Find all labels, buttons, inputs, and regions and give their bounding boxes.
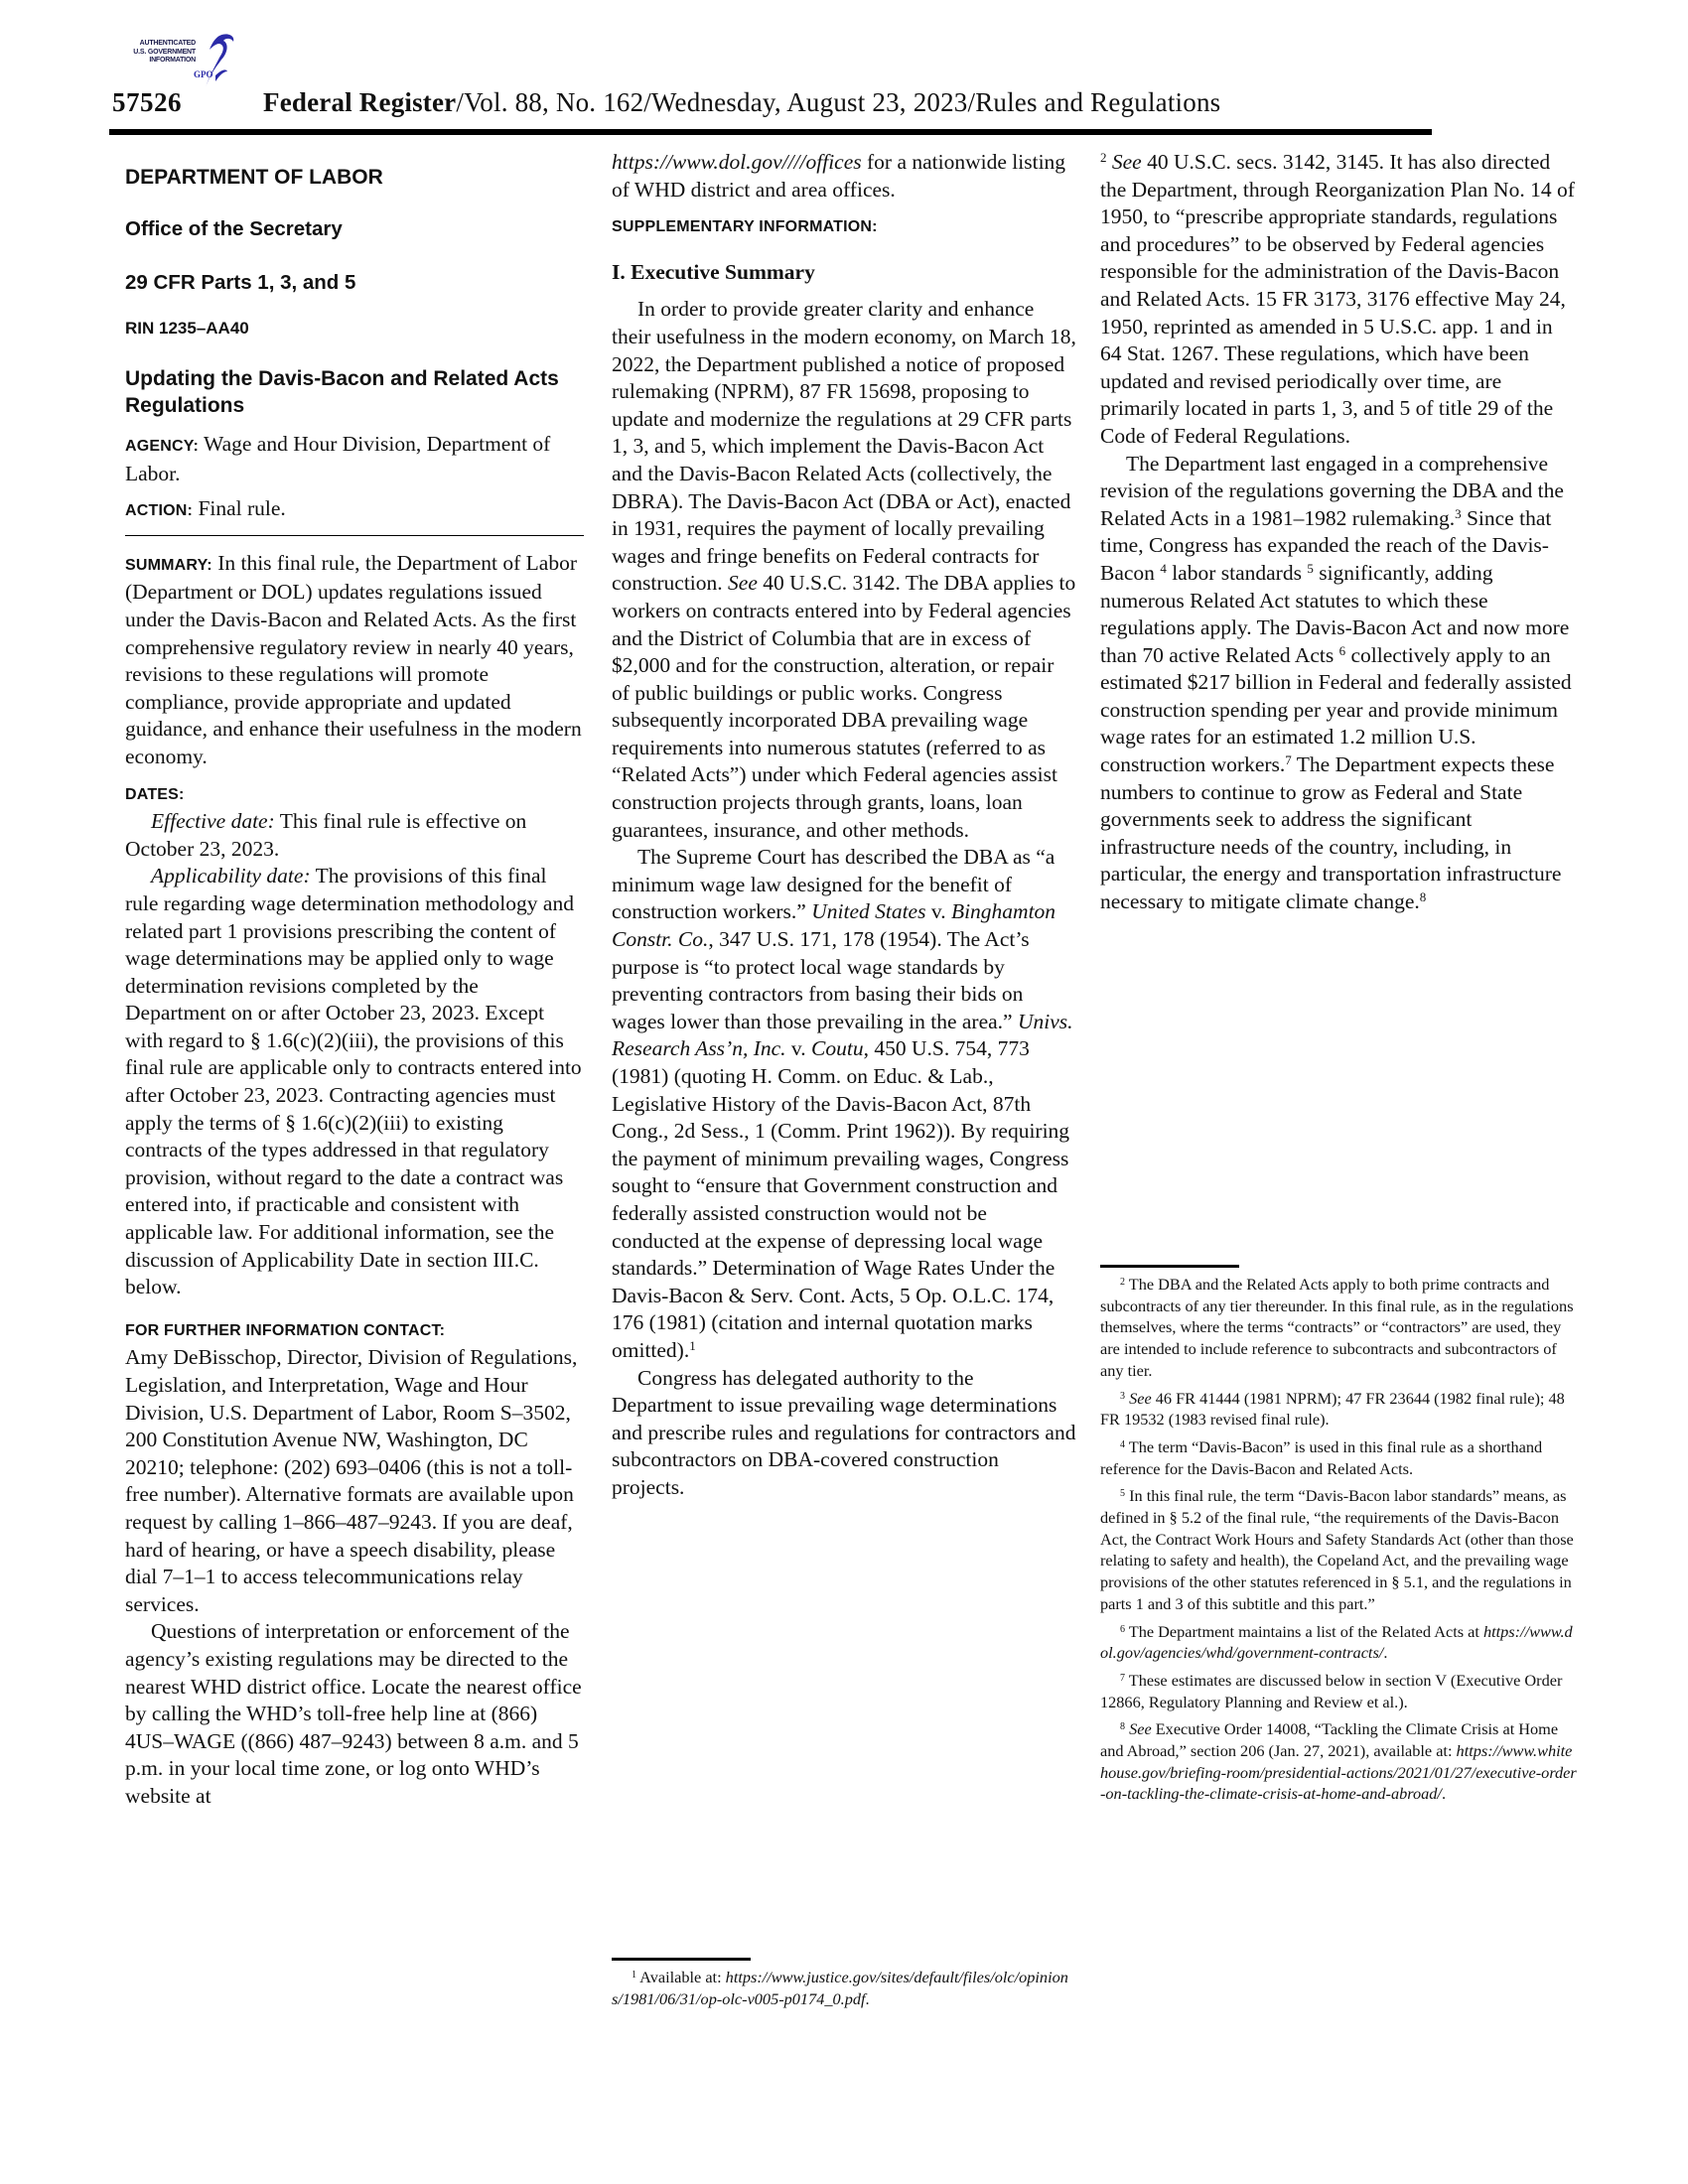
para1-see: See — [728, 571, 758, 595]
running-head: Federal Register/Vol. 88, No. 162/Wednes… — [263, 87, 1220, 118]
federal-register-page: AUTHENTICATED U.S. GOVERNMENT INFORMATIO… — [0, 0, 1688, 2184]
footnote-6-text: The Department maintains a list of the R… — [1129, 1622, 1483, 1641]
para3-see: See — [1112, 150, 1142, 174]
applicability-date-paragraph: Applicability date: The provisions of th… — [125, 863, 584, 1301]
footnote-8-see: See — [1129, 1719, 1152, 1738]
footnote-rule — [1100, 1265, 1239, 1268]
action-text: Final rule. — [198, 496, 285, 520]
footnote-8-number: 8 — [1120, 1721, 1125, 1732]
contact-paragraph: FOR FURTHER INFORMATION CONTACT:Amy DeBi… — [125, 1315, 584, 1619]
exec-summary-paragraph-3: Congress has delegated authority to the … — [612, 1365, 1076, 1502]
dates-label-line: DATES: — [125, 779, 584, 809]
logo-text: AUTHENTICATED U.S. GOVERNMENT INFORMATIO… — [116, 40, 196, 66]
para2-c: , 450 U.S. 754, 773 (1981) (quoting H. C… — [612, 1036, 1069, 1362]
footnote-1-tail: . — [866, 1989, 870, 2008]
gpo-authentication-logo: AUTHENTICATED U.S. GOVERNMENT INFORMATIO… — [116, 32, 235, 89]
footnote-6-tail: . — [1383, 1643, 1387, 1662]
rule-title: Updating the Davis-Bacon and Related Act… — [125, 365, 584, 419]
column-3-footnotes: 2 The DBA and the Related Acts apply to … — [1100, 1265, 1577, 1805]
summary-label: SUMMARY: — [125, 557, 212, 574]
footnote-7-number: 7 — [1120, 1673, 1125, 1684]
agency-label: AGENCY: — [125, 438, 199, 455]
column-2: https://www.dol.gov////offices for a nat… — [612, 149, 1076, 1502]
v-1: v. — [925, 899, 950, 923]
footnote-6-number: 6 — [1120, 1624, 1125, 1635]
eagle-icon — [198, 32, 237, 89]
footnote-1-number: 1 — [632, 1970, 636, 1980]
case-1a: United States — [811, 899, 925, 923]
para3-a: Congress has delegated authority to the … — [612, 1366, 1075, 1499]
section-divider — [125, 535, 584, 536]
logo-line-2: U.S. GOVERNMENT — [116, 49, 196, 58]
applicability-date-text: The provisions of this final rule regard… — [125, 864, 582, 1298]
column-3: 2 See 40 U.S.C. secs. 3142, 3145. It has… — [1100, 149, 1577, 916]
publication-name: Federal Register — [263, 87, 456, 117]
footnote-8: 8 See Executive Order 14008, “Tackling t… — [1100, 1718, 1577, 1805]
questions-paragraph: Questions of interpretation or enforceme… — [125, 1618, 584, 1810]
footnote-3-see: See — [1129, 1389, 1152, 1408]
footnote-1-text: Available at: — [639, 1968, 726, 1986]
footnote-2-text: The DBA and the Related Acts apply to bo… — [1100, 1275, 1574, 1380]
summary-text: In this final rule, the Department of La… — [125, 551, 582, 768]
action-label: ACTION: — [125, 502, 193, 519]
exec-summary-paragraph-3-cont: 2 See 40 U.S.C. secs. 3142, 3145. It has… — [1100, 149, 1577, 451]
para4-c: labor standards — [1167, 561, 1308, 585]
exec-summary-paragraph-4: The Department last engaged in a compreh… — [1100, 451, 1577, 916]
page-number: 57526 — [112, 87, 182, 118]
logo-line-1: AUTHENTICATED — [116, 40, 196, 49]
running-header: 57526 Federal Register/Vol. 88, No. 162/… — [112, 87, 1433, 127]
footnote-4-number: 4 — [1120, 1439, 1125, 1450]
footnote-ref-2[interactable]: 2 — [1100, 150, 1107, 165]
volume-info: /Vol. 88, No. 162/Wednesday, August 23, … — [456, 87, 1220, 117]
footnote-8-tail: . — [1442, 1784, 1446, 1803]
footnote-4: 4 The term “Davis-Bacon” is used in this… — [1100, 1436, 1577, 1479]
office-heading: Office of the Secretary — [125, 216, 584, 242]
footnote-3-number: 3 — [1120, 1391, 1125, 1402]
effective-date-label: Effective date: — [151, 809, 275, 833]
para1-text: In order to provide greater clarity and … — [612, 297, 1076, 595]
supplementary-label: SUPPLEMENTARY INFORMATION: — [612, 218, 878, 235]
footnote-6: 6 The Department maintains a list of the… — [1100, 1621, 1577, 1664]
header-rule — [109, 129, 1432, 135]
footnote-2-number: 2 — [1120, 1277, 1125, 1288]
para4-f: The Department expects these numbers to … — [1100, 752, 1561, 913]
action-paragraph: ACTION: Final rule. — [125, 495, 584, 525]
footnote-3-text: 46 FR 41444 (1981 NPRM); 47 FR 23644 (19… — [1100, 1389, 1565, 1430]
contact-label: FOR FURTHER INFORMATION CONTACT: — [125, 1322, 445, 1339]
column-1: DEPARTMENT OF LABOR Office of the Secret… — [125, 149, 584, 1811]
footnote-3: 3 See 46 FR 41444 (1981 NPRM); 47 FR 236… — [1100, 1388, 1577, 1431]
footnote-7-text: These estimates are discussed below in s… — [1100, 1671, 1562, 1711]
footnote-5: 5 In this final rule, the term “Davis-Ba… — [1100, 1485, 1577, 1614]
supplementary-label-line: SUPPLEMENTARY INFORMATION: — [612, 211, 1076, 241]
cfr-heading: 29 CFR Parts 1, 3, and 5 — [125, 270, 584, 296]
executive-summary-heading: I. Executive Summary — [612, 259, 1076, 287]
footnote-ref-1[interactable]: 1 — [689, 1338, 696, 1353]
summary-paragraph: SUMMARY: In this final rule, the Departm… — [125, 550, 584, 771]
agency-paragraph: AGENCY: Wage and Hour Division, Departme… — [125, 431, 584, 487]
footnote-5-text: In this final rule, the term “Davis-Baco… — [1100, 1486, 1574, 1613]
v-2: v. — [786, 1036, 811, 1060]
footnote-5-number: 5 — [1120, 1488, 1125, 1499]
questions-text: Questions of interpretation or enforceme… — [125, 1619, 582, 1808]
para1-tail: 40 U.S.C. 3142. The DBA applies to worke… — [612, 571, 1075, 841]
footnote-ref-8[interactable]: 8 — [1420, 889, 1427, 904]
exec-summary-paragraph-2: The Supreme Court has described the DBA … — [612, 844, 1076, 1364]
department-heading: DEPARTMENT OF LABOR — [125, 165, 584, 191]
footnote-2: 2 The DBA and the Related Acts apply to … — [1100, 1274, 1577, 1382]
applicability-date-label: Applicability date: — [151, 864, 311, 887]
dates-label: DATES: — [125, 786, 185, 803]
rin-heading: RIN 1235–AA40 — [125, 318, 584, 340]
questions-continued: https://www.dol.gov////offices for a nat… — [612, 149, 1076, 204]
column-2-footnotes: 1 Available at: https://www.justice.gov/… — [612, 1958, 1076, 2009]
effective-date-paragraph: Effective date: This final rule is effec… — [125, 808, 584, 863]
footnote-1: 1 Available at: https://www.justice.gov/… — [612, 1967, 1076, 2009]
logo-line-3: INFORMATION — [116, 57, 196, 66]
contact-text: Amy DeBisschop, Director, Division of Re… — [125, 1345, 577, 1615]
case-2b: Coutu — [811, 1036, 864, 1060]
footnote-7: 7 These estimates are discussed below in… — [1100, 1670, 1577, 1712]
para3-b: 40 U.S.C. secs. 3142, 3145. It has also … — [1100, 150, 1575, 448]
footnote-rule — [612, 1958, 751, 1961]
offices-link[interactable]: https://www.dol.gov////offices — [612, 150, 862, 174]
footnote-4-text: The term “Davis-Bacon” is used in this f… — [1100, 1437, 1542, 1478]
exec-summary-paragraph-1: In order to provide greater clarity and … — [612, 296, 1076, 844]
